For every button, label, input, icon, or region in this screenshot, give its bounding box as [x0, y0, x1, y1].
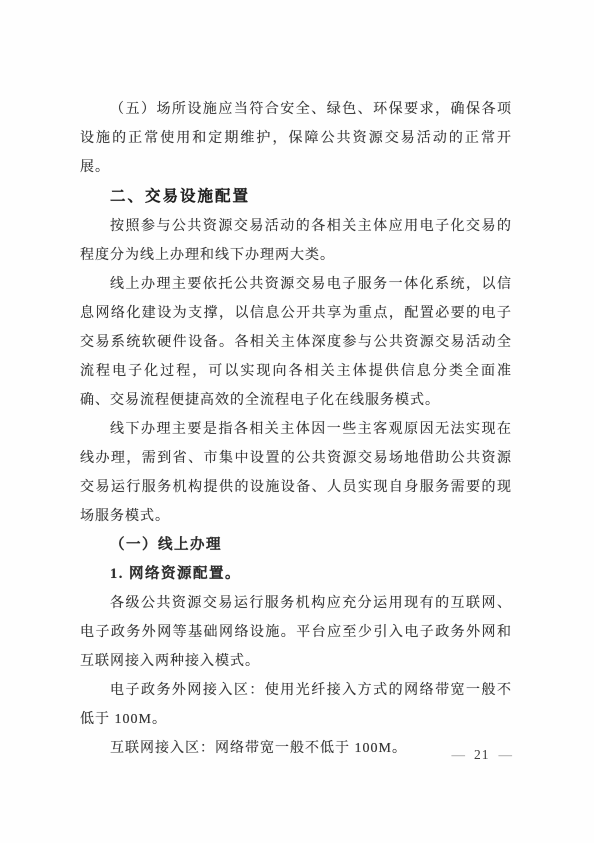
paragraph-online-handling: 线上办理主要依托公共资源交易电子服务一体化系统，以信息网络化建设为支撑，以信息公… — [80, 270, 512, 415]
paragraph-item5-facilities: （五）场所设施应当符合安全、绿色、环保要求，确保各项设施的正常使用和定期维护，保… — [80, 95, 512, 182]
page-footer: —21— — [452, 746, 513, 764]
footer-dash-right: — — [499, 747, 513, 762]
paragraph-egov-extranet-zone: 电子政务外网接入区：使用光纤接入方式的网络带宽一般不低于 100M。 — [80, 676, 512, 734]
page-number: 21 — [474, 746, 490, 764]
subheading-network-resource-config: 1. 网络资源配置。 — [80, 560, 512, 589]
footer-dash-left: — — [452, 747, 466, 762]
section-heading-trading-facility-config: 二、交易设施配置 — [80, 182, 512, 212]
document-content: （五）场所设施应当符合安全、绿色、环保要求，确保各项设施的正常使用和定期维护，保… — [80, 95, 512, 763]
subsection-heading-online: （一）线上办理 — [80, 531, 512, 560]
document-page: （五）场所设施应当符合安全、绿色、环保要求，确保各项设施的正常使用和定期维护，保… — [0, 0, 594, 843]
paragraph-offline-handling: 线下办理主要是指各相关主体因一些主客观原因无法实现在线办理，需到省、市集中设置的… — [80, 415, 512, 531]
paragraph-two-categories: 按照参与公共资源交易活动的各相关主体应用电子化交易的程度分为线上办理和线下办理两… — [80, 212, 512, 270]
paragraph-internet-zone: 互联网接入区：网络带宽一般不低于 100M。 — [80, 734, 512, 763]
paragraph-network-infrastructure: 各级公共资源交易运行服务机构应充分运用现有的互联网、电子政务外网等基础网络设施。… — [80, 589, 512, 676]
